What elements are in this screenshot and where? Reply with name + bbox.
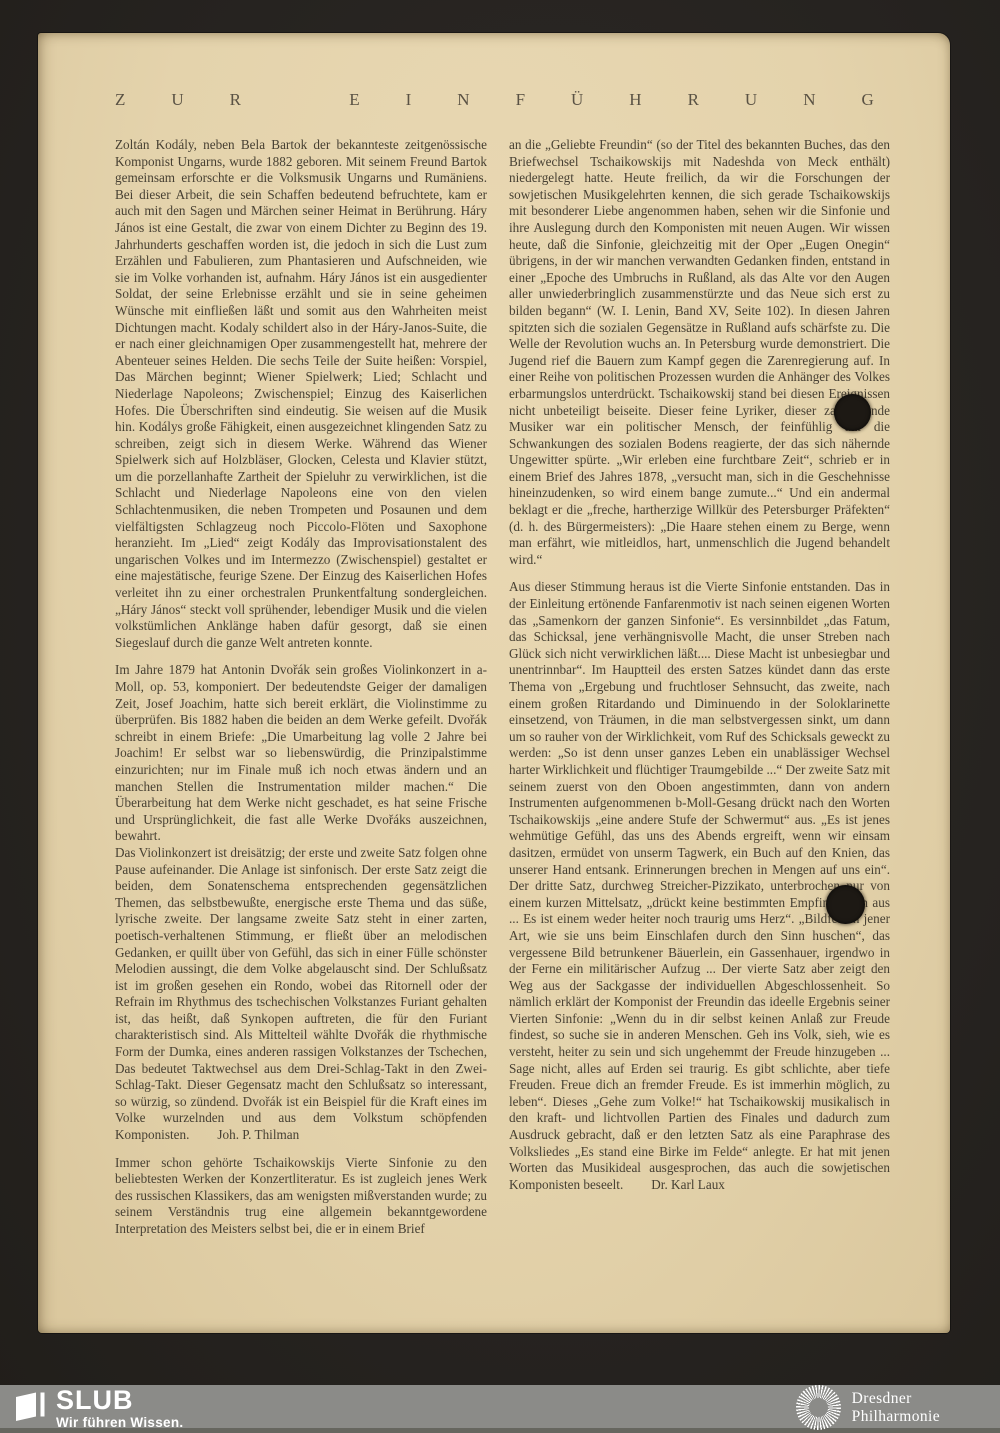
partner-name: Dresdner Philharmonie	[852, 1390, 940, 1426]
paragraph: an die „Geliebte Freundin“ (so der Titel…	[509, 137, 890, 568]
paragraph: Im Jahre 1879 hat Antonin Dvořák sein gr…	[115, 662, 487, 845]
open-book-icon	[13, 1390, 49, 1424]
viewer-canvas: { "document": { "title": "ZUR EINFÜHRUNG…	[0, 0, 1000, 1433]
footer-bar: SLUB Wir führen Wissen. Dresdner Philhar…	[0, 1385, 1000, 1433]
hole-punch	[834, 394, 871, 431]
paragraph: Aus dieser Stimmung heraus ist die Viert…	[509, 579, 890, 1193]
dresdner-philharmonie-logo: Dresdner Philharmonie	[796, 1385, 1000, 1429]
paragraph: Das Violinkonzert ist dreisätzig; der er…	[115, 845, 487, 1144]
hole-punch	[826, 885, 865, 924]
page-title: ZUR EINFÜHRUNG	[115, 90, 945, 110]
partner-name-line1: Dresdner	[852, 1390, 940, 1408]
slub-tagline: Wir führen Wissen.	[56, 1415, 183, 1430]
slub-text: SLUB Wir führen Wissen.	[56, 1388, 183, 1430]
paragraph: Immer schon gehörte Tschaikowskijs Viert…	[115, 1155, 487, 1238]
text-column-left: Zoltán Kodály, neben Bela Bartok der bek…	[115, 137, 487, 1238]
author-signature: Dr. Karl Laux	[623, 1177, 725, 1192]
slub-logo: SLUB Wir führen Wissen.	[0, 1385, 183, 1430]
slub-wordmark: SLUB	[56, 1388, 183, 1413]
paragraph: Zoltán Kodály, neben Bela Bartok der bek…	[115, 137, 487, 651]
article-columns: Zoltán Kodály, neben Bela Bartok der bek…	[115, 137, 890, 1238]
scanned-page: ZUR EINFÜHRUNG Zoltán Kodály, neben Bela…	[38, 33, 950, 1333]
partner-name-line2: Philharmonie	[852, 1408, 940, 1426]
author-signature: Joh. P. Thilman	[189, 1127, 299, 1142]
text-column-right: an die „Geliebte Freundin“ (so der Titel…	[509, 137, 890, 1238]
starburst-icon	[796, 1385, 841, 1430]
